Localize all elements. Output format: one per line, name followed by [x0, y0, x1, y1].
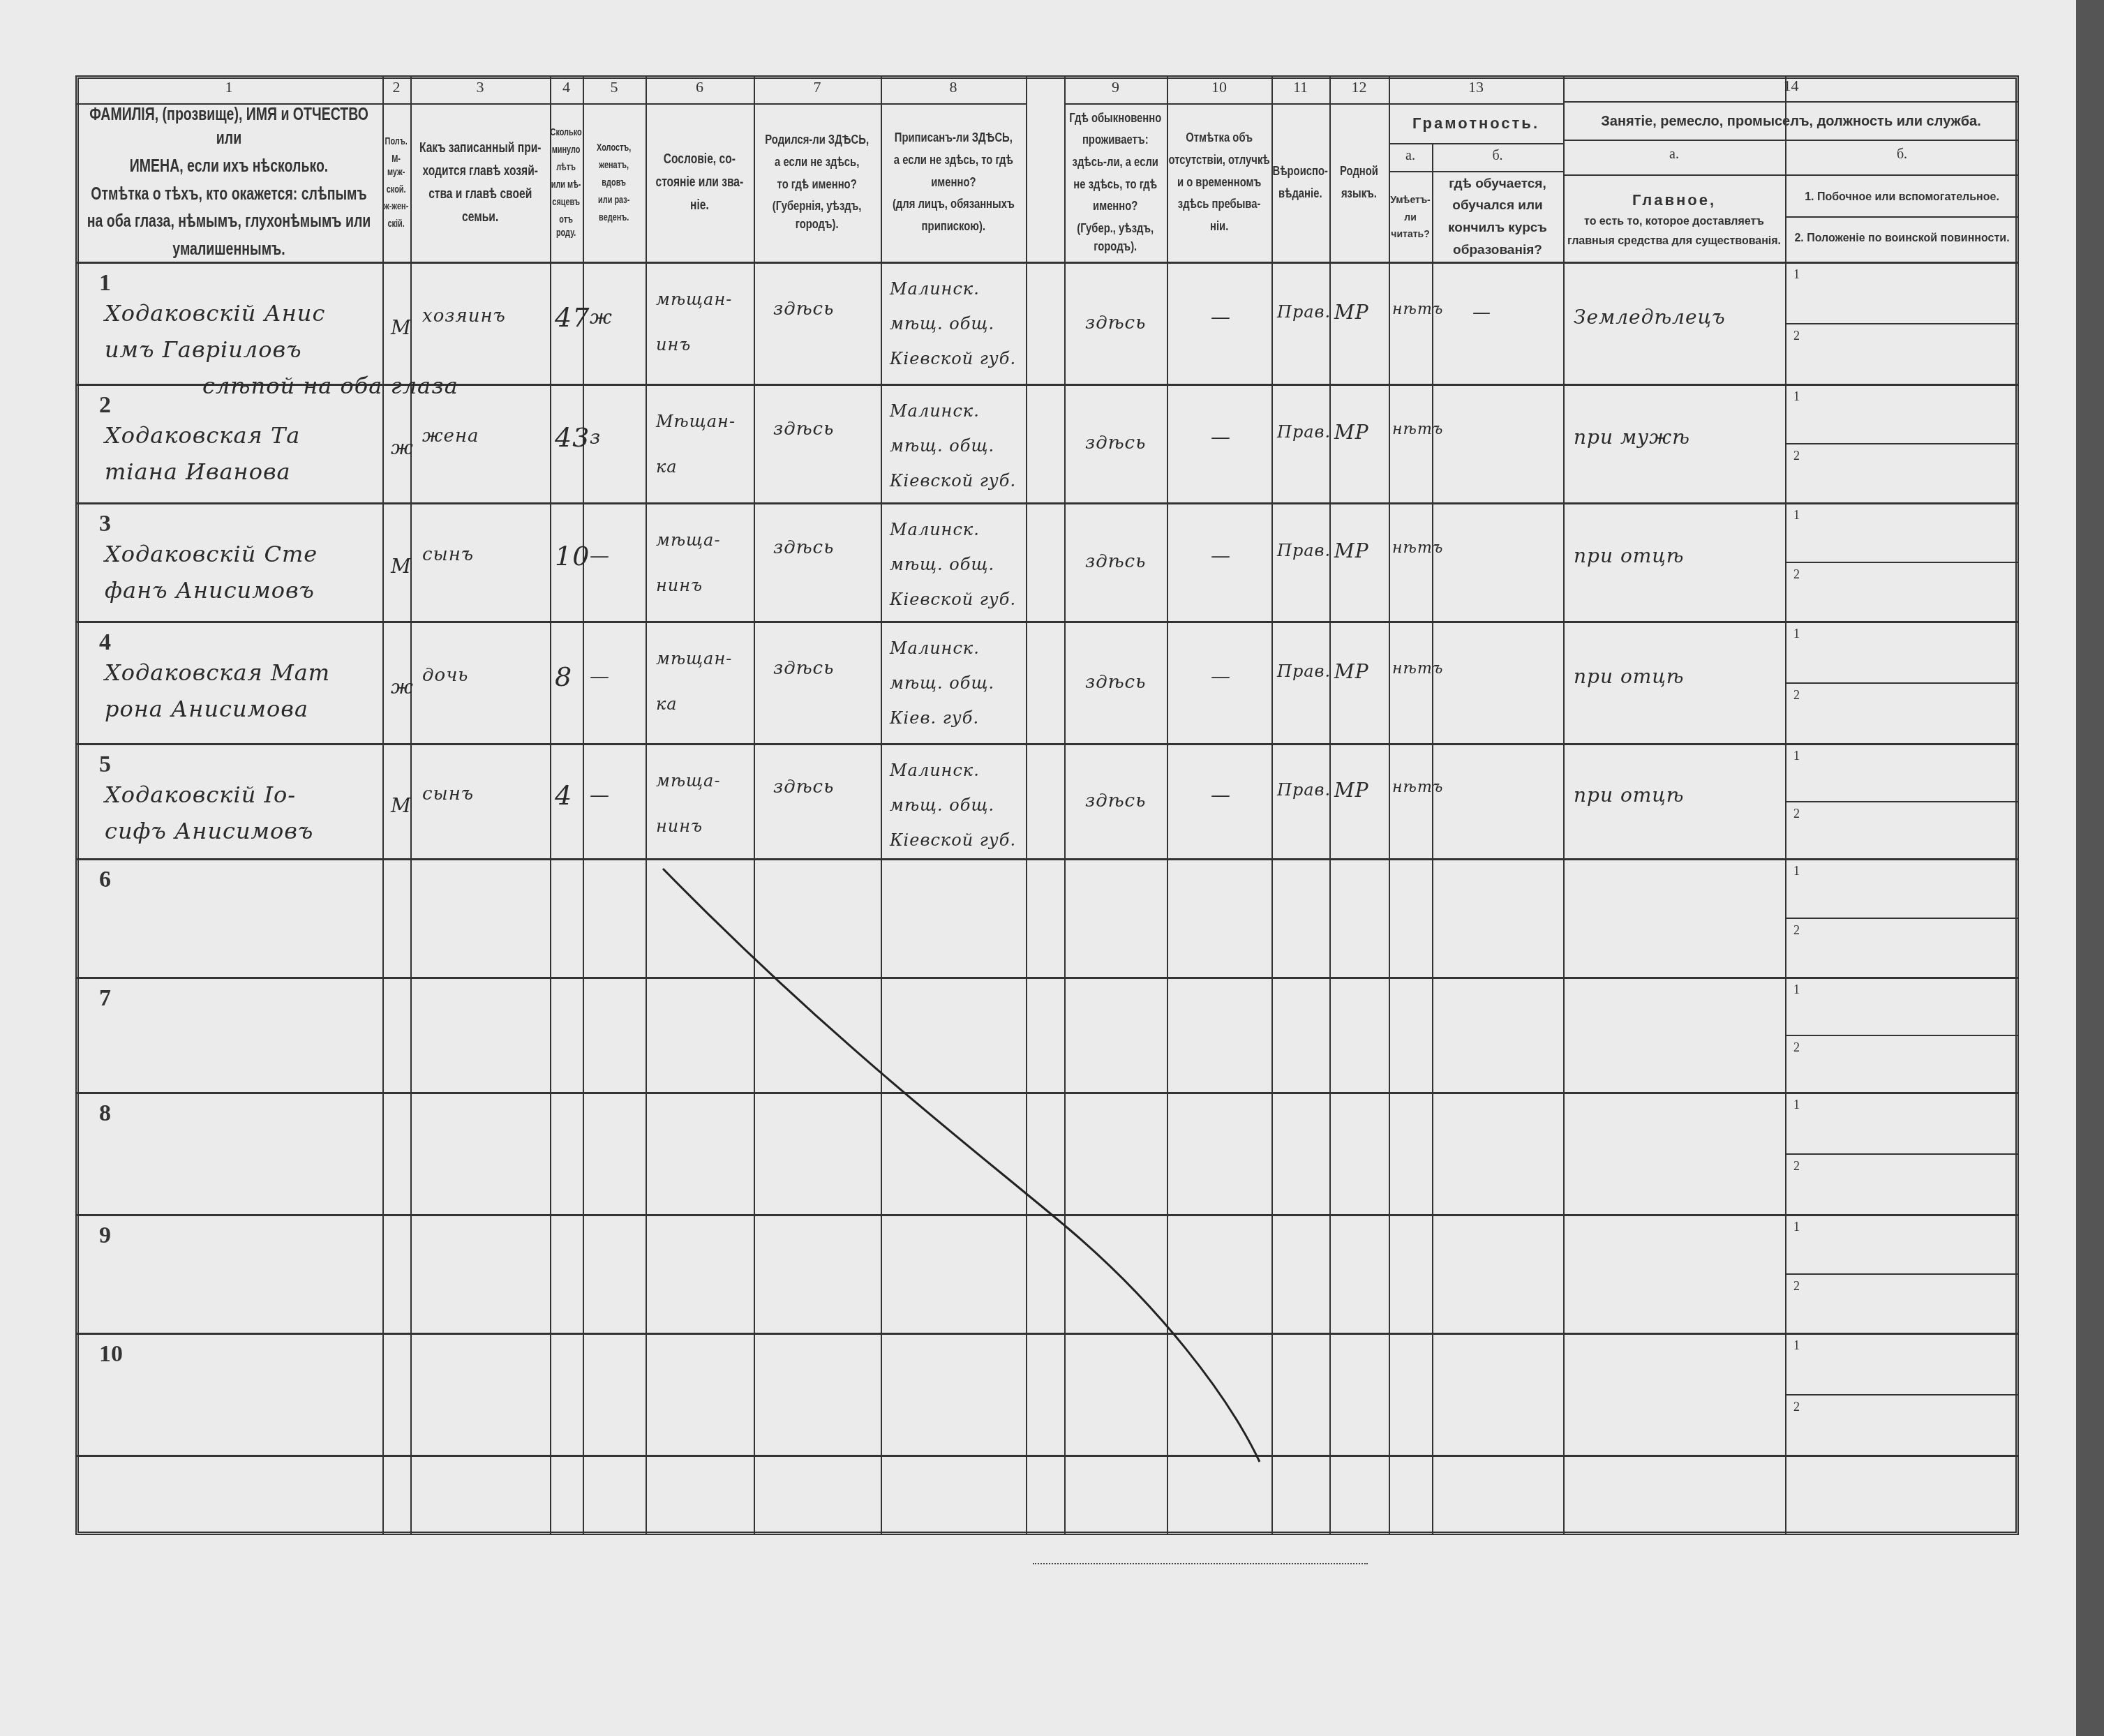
header-line: отсутствіи, отлучкѣ	[1168, 151, 1269, 170]
row-number: 1	[99, 270, 111, 297]
age-value: 10	[555, 541, 590, 571]
column-number: 8	[881, 78, 1026, 103]
header-line: Главное,	[1632, 190, 1716, 211]
header-line: Отмѣтка о тѣхъ, кто окажется: слѣпымъ	[91, 183, 366, 207]
header-line: скій.	[388, 217, 405, 230]
column-divider	[382, 75, 384, 1535]
row-number: 6	[99, 867, 111, 893]
literacy-sub_a-label: а.	[1389, 148, 1432, 164]
relation-value: сынъ	[422, 544, 474, 565]
subrow-divider	[1785, 682, 2019, 684]
native-language-value: МР	[1334, 421, 1369, 444]
relation-value: сынъ	[422, 784, 474, 805]
row-divider	[75, 621, 1785, 623]
header-bottom	[75, 262, 2019, 264]
row-divider	[1785, 1333, 2019, 1335]
subrow-divider	[1785, 323, 2019, 324]
subrow-divider	[1785, 443, 2019, 444]
estate-value: мѣща-	[656, 530, 721, 550]
header-line: умалишеннымъ.	[172, 238, 285, 262]
header-line: именно?	[1093, 197, 1137, 216]
age-value: 4	[555, 780, 572, 811]
column-group-literacy: Грамотность.	[1389, 106, 1563, 141]
age-value: 8	[555, 661, 572, 692]
residence-value: здѣсь	[1085, 433, 1146, 454]
literacy-value: нѣтъ	[1392, 660, 1443, 678]
subrow-label: 2	[1793, 449, 1800, 463]
column-number: 12	[1329, 78, 1389, 103]
subrow-label: 2	[1793, 567, 1800, 582]
column-number: 7	[754, 78, 881, 103]
person-name: Ходаковская Та	[105, 422, 300, 449]
residence-value: здѣсь	[1085, 551, 1146, 572]
header-line: Вѣроиспо-	[1273, 163, 1329, 181]
estate-value: инъ	[656, 335, 691, 354]
header-line: или мѣ-	[551, 178, 581, 191]
header-line: ства и главѣ своей	[428, 185, 532, 204]
column-header-12: Роднойязыкъ.	[1329, 106, 1389, 259]
registration-value: мѣщ. общ.	[890, 673, 994, 693]
sex-value: ж	[391, 675, 414, 698]
person-name: рона Анисимова	[105, 696, 308, 722]
row-number: 5	[99, 751, 111, 778]
column-number: 2	[382, 78, 410, 103]
header-line: М-муж-	[384, 152, 410, 179]
column-number: 9	[1064, 78, 1167, 103]
header-line: здѣсь пребыва-	[1178, 195, 1261, 214]
row-divider	[1785, 1455, 2019, 1457]
column-header-7: Родился-ли ЗДѢСЬ,а если не здѣсь,то гдѣ …	[754, 106, 881, 259]
group-subheader-divider	[1563, 140, 2019, 141]
registration-value: Кіевской губ.	[890, 471, 1016, 491]
occupation-main-value: Земледѣлецъ	[1574, 306, 1726, 329]
row-number: 4	[99, 629, 111, 656]
absence-value: —	[1211, 544, 1231, 567]
sex-value: М	[391, 794, 412, 817]
column-number: 1	[75, 78, 382, 103]
age-value: 43	[555, 422, 590, 453]
subrow-label: 2	[1793, 329, 1800, 343]
absence-value: —	[1211, 426, 1231, 449]
group-subheader-divider	[1563, 174, 2019, 176]
estate-value: мѣщан-	[656, 649, 732, 668]
column-number: 13	[1389, 78, 1563, 103]
header-line: вдовъ	[602, 176, 627, 189]
subrow-divider	[1785, 562, 2019, 563]
group-subheader-divider	[1389, 143, 1563, 144]
absence-value: —	[1211, 665, 1231, 688]
occupation-main-value: при мужѣ	[1574, 426, 1690, 449]
occupation-side-header: 1. Побочное или вспомогательное.	[1785, 178, 2019, 216]
person-name: слѣпой на оба глаза	[202, 373, 458, 399]
row-divider	[75, 1214, 1785, 1216]
row-divider	[1785, 1092, 2019, 1094]
header-line: стояніе или зва-	[656, 173, 744, 192]
row-divider	[75, 502, 1785, 504]
religion-value: Прав.	[1277, 422, 1331, 442]
marital-status-value: ж	[590, 306, 613, 329]
column-header-1: ФАМИЛІЯ, (прозвище), ИМЯ и ОТЧЕСТВО илиИ…	[75, 106, 382, 259]
row-number: 7	[99, 985, 111, 1012]
marital-status-value: —	[590, 665, 610, 688]
registration-value: мѣщ. общ.	[890, 795, 994, 815]
occupation-sub_b-label: б.	[1785, 147, 2019, 163]
header-line: припискою).	[921, 218, 985, 236]
relation-value: хозяинъ	[422, 306, 506, 327]
subrow-label: 2	[1793, 1040, 1800, 1055]
header-line: обучался или	[1452, 197, 1542, 215]
header-line: именно?	[931, 174, 976, 192]
census-table	[75, 75, 2019, 1535]
header-line: ФАМИЛІЯ, (прозвище), ИМЯ и ОТЧЕСТВО или	[77, 103, 382, 151]
header-line: (Губернія, уѣздъ, городъ).	[755, 197, 880, 233]
column-divider	[1271, 75, 1273, 1535]
subrow-label: 2	[1793, 807, 1800, 821]
column-divider	[583, 75, 584, 1535]
birthplace-value: здѣсь	[773, 419, 834, 440]
absence-value: —	[1211, 306, 1231, 329]
subrow-label: 1	[1793, 982, 1800, 997]
person-name: Ходаковскій Іо-	[105, 781, 296, 808]
header-line: 2. Положеніе по воинской повинности.	[1794, 231, 2009, 246]
subrow-label: 2	[1793, 1279, 1800, 1294]
header-line: кончилъ курсъ	[1448, 219, 1547, 237]
sex-value: М	[391, 316, 412, 339]
registration-value: Малинск.	[890, 520, 980, 539]
native-language-value: МР	[1334, 301, 1369, 324]
registration-value: Кіев. губ.	[890, 708, 979, 728]
occupation-main-value: при отцѣ	[1574, 544, 1685, 567]
header-line: языкъ.	[1341, 185, 1377, 203]
row-divider	[75, 1333, 1785, 1335]
header-line: то гдѣ именно?	[777, 176, 857, 194]
absence-value: —	[1211, 784, 1231, 807]
row-number: 8	[99, 1100, 111, 1127]
header-line: ли	[1404, 211, 1417, 224]
literacy-sub_b-header: гдѣ обучается,обучался иликончилъ курсъо…	[1432, 174, 1563, 260]
birthplace-value: здѣсь	[773, 299, 834, 320]
column-number: 4	[550, 78, 583, 103]
group-subheader-divider	[1389, 171, 1563, 172]
column-divider	[1563, 75, 1565, 1535]
row-divider	[75, 977, 1785, 979]
header-line: Приписанъ-ли ЗДѢСЬ,	[894, 129, 1012, 147]
relation-value: дочь	[422, 665, 468, 686]
header-line: семьи.	[462, 208, 498, 227]
subrow-divider	[1785, 801, 2019, 802]
header-line: Гдѣ обыкновенно	[1069, 110, 1161, 128]
row-divider	[1785, 502, 2019, 504]
registration-value: Малинск.	[890, 279, 980, 299]
column-divider	[1785, 75, 1786, 1535]
estate-value: мѣща-	[656, 771, 721, 791]
header-line: здѣсь-ли, а если	[1073, 154, 1158, 172]
subrow-divider	[1785, 918, 2019, 919]
literacy-value: нѣтъ	[1392, 421, 1443, 438]
header-line: Какъ записанный при-	[419, 139, 542, 158]
person-name: имъ Гавріиловъ	[105, 336, 301, 363]
column-header-8: Приписанъ-ли ЗДѢСЬ,а если не здѣсь, то г…	[881, 106, 1026, 259]
relation-value: жена	[422, 426, 479, 447]
person-name: сифъ Анисимовъ	[105, 818, 313, 844]
column-number: 6	[646, 78, 754, 103]
header-line: главныя средства для существованія.	[1567, 234, 1781, 249]
subrow-label: 2	[1793, 1400, 1800, 1414]
literacy-value: нѣтъ	[1392, 301, 1443, 318]
column-group-occupation: Занятіе, ремесло, промыселъ, должность и…	[1563, 105, 2019, 138]
religion-value: Прав.	[1277, 541, 1331, 560]
header-line: на оба глаза, нѣмымъ, глухонѣмымъ или	[87, 210, 371, 234]
person-name: фанъ Анисимовъ	[105, 577, 315, 604]
literacy-value: нѣтъ	[1392, 779, 1443, 796]
registration-value: мѣщ. общ.	[890, 436, 994, 456]
religion-value: Прав.	[1277, 302, 1331, 322]
column-divider	[646, 75, 647, 1535]
subrow-label: 1	[1793, 389, 1800, 404]
subrow-divider	[1785, 1153, 2019, 1155]
birthplace-value: здѣсь	[773, 537, 834, 558]
marital-status-value: з	[590, 426, 601, 449]
literacy-value: нѣтъ	[1392, 539, 1443, 557]
column-divider	[1389, 75, 1390, 1535]
marital-status-value: —	[590, 544, 610, 567]
scan-edge	[2076, 0, 2104, 1736]
header-line: не здѣсь, то гдѣ	[1074, 176, 1158, 194]
header-line: вѣданіе.	[1278, 185, 1322, 203]
column-header-2: Полъ.М-муж-ской.ж-жен-скій.	[382, 106, 410, 259]
header-line: сяцевъ	[553, 195, 581, 209]
header-line: Холостъ,	[597, 141, 631, 154]
row-divider	[75, 1455, 1785, 1457]
header-line: веденъ.	[599, 211, 629, 224]
column-number-divider	[1064, 103, 1563, 105]
estate-value: ка	[656, 694, 678, 714]
column-divider	[1167, 75, 1168, 1535]
registration-value: мѣщ. общ.	[890, 314, 994, 334]
header-line: Сословіе, со-	[664, 150, 736, 169]
row-number: 2	[99, 392, 111, 419]
header-line: или раз-	[598, 193, 629, 207]
estate-value: мѣщан-	[656, 290, 732, 309]
header-line: Родился-ли ЗДѢСЬ,	[766, 131, 870, 149]
estate-value: Мѣщан-	[656, 412, 736, 431]
header-line: Родной	[1340, 163, 1378, 181]
header-line: образованія?	[1453, 241, 1542, 260]
signature-line	[1033, 1563, 1368, 1564]
person-name: тіана Иванова	[105, 458, 291, 485]
registration-value: Малинск.	[890, 761, 980, 780]
row-divider	[75, 858, 1785, 860]
military-status-header: 2. Положеніе по воинской повинности.	[1785, 218, 2019, 260]
estate-value: нинъ	[656, 816, 703, 836]
person-name: Ходаковскій Сте	[105, 541, 318, 567]
subrow-label: 2	[1793, 1159, 1800, 1174]
column-number: 10	[1167, 78, 1271, 103]
column-header-5: Холостъ,женатъ,вдовъили раз-веденъ.	[583, 106, 646, 259]
subrow-divider	[1785, 1273, 2019, 1275]
header-line: и о временномъ	[1177, 174, 1261, 192]
registration-value: мѣщ. общ.	[890, 555, 994, 574]
row-divider	[1785, 384, 2019, 386]
subrow-label: 1	[1793, 864, 1800, 878]
column-divider	[1329, 75, 1331, 1535]
column-divider	[1026, 75, 1027, 1535]
row-divider	[75, 743, 1785, 745]
literacy-sub_a-header: Умѣетъ-личитать?	[1389, 174, 1432, 260]
row-divider	[1785, 621, 2019, 623]
subrow-label: 1	[1793, 1338, 1800, 1353]
education-value: —	[1472, 302, 1491, 323]
person-name: Ходаковскій Анис	[105, 300, 325, 327]
row-number: 9	[99, 1222, 111, 1249]
header-line: Отмѣтка объ	[1186, 129, 1253, 147]
column-header-6: Сословіе, со-стояніе или зва-ніе.	[646, 106, 754, 259]
header-line: то есть то, которое доставляетъ	[1584, 214, 1764, 230]
person-name: Ходаковская Мат	[105, 659, 330, 686]
subrow-divider	[1785, 1035, 2019, 1036]
row-divider	[1785, 977, 2019, 979]
residence-value: здѣсь	[1085, 672, 1146, 693]
religion-value: Прав.	[1277, 780, 1331, 800]
literacy-sub_b-label: б.	[1432, 148, 1563, 164]
subrow-label: 1	[1793, 1220, 1800, 1234]
column-header-11: Вѣроиспо-вѣданіе.	[1271, 106, 1329, 259]
column-divider	[754, 75, 755, 1535]
header-line: ніи.	[1210, 218, 1228, 236]
subrow-label: 1	[1793, 749, 1800, 763]
occupation-main-header: Главное,то есть то, которое доставляетъг…	[1563, 178, 1785, 260]
registration-value: Малинск.	[890, 401, 980, 421]
sex-value: ж	[391, 436, 414, 459]
header-line: Умѣетъ-	[1390, 193, 1431, 207]
registration-value: Малинск.	[890, 638, 980, 658]
header-line: лѣтъ	[557, 160, 576, 174]
occupation-sub_a-label: а.	[1563, 147, 1785, 163]
subrow-label: 2	[1793, 688, 1800, 703]
header-line: гдѣ обучается,	[1449, 175, 1546, 193]
subrow-label: 1	[1793, 1098, 1800, 1112]
header-line: минуло	[552, 143, 581, 156]
marital-status-value: —	[590, 784, 610, 807]
age-value: 47	[555, 302, 590, 333]
header-line: (Губер., уѣздъ, городъ).	[1066, 220, 1166, 255]
native-language-value: МР	[1334, 660, 1369, 683]
header-line: а если не здѣсь, то гдѣ	[893, 151, 1013, 170]
estate-value: ка	[656, 457, 678, 477]
birthplace-value: здѣсь	[773, 658, 834, 679]
header-line: Полъ.	[385, 135, 408, 148]
row-divider	[1785, 1214, 2019, 1216]
header-line: ж-жен-	[384, 200, 408, 213]
header-line: 1. Побочное или вспомогательное.	[1805, 190, 1999, 205]
header-line: ніе.	[690, 196, 709, 215]
column-number: 3	[410, 78, 550, 103]
sex-value: М	[391, 555, 412, 578]
subrow-label: 1	[1793, 508, 1800, 523]
column-divider	[550, 75, 551, 1535]
registration-value: Кіевской губ.	[890, 349, 1016, 368]
header-line: а если не здѣсь,	[775, 154, 859, 172]
column-header-3: Какъ записанный при-ходится главѣ хозяй-…	[410, 106, 550, 259]
row-divider	[1785, 858, 2019, 860]
residence-value: здѣсь	[1085, 313, 1146, 334]
column-number: 14	[1563, 77, 2019, 102]
row-number: 3	[99, 511, 111, 537]
column-header-4: Сколькоминулолѣтъили мѣ-сяцевъотъ роду.	[550, 106, 583, 259]
header-line: отъ роду.	[551, 213, 582, 239]
residence-value: здѣсь	[1085, 791, 1146, 811]
column-divider	[1064, 75, 1066, 1535]
header-line: проживаетъ:	[1082, 131, 1149, 149]
row-divider	[75, 1092, 1785, 1094]
subrow-divider	[1785, 1394, 2019, 1395]
column-header-9: Гдѣ обыкновеннопроживаетъ:здѣсь-ли, а ес…	[1064, 106, 1167, 259]
header-line: ходится главѣ хозяй-	[422, 162, 537, 181]
header-line: (для лицъ, обязанныхъ	[893, 195, 1015, 214]
header-line: Сколько	[551, 126, 582, 139]
religion-value: Прав.	[1277, 661, 1331, 681]
column-header-10: Отмѣтка объотсутствіи, отлучкѣи о времен…	[1167, 106, 1271, 259]
column-number: 5	[583, 78, 646, 103]
row-number: 10	[99, 1341, 123, 1368]
occupation-main-value: при отцѣ	[1574, 665, 1685, 688]
subrow-label: 1	[1793, 267, 1800, 282]
subrow-label: 1	[1793, 627, 1800, 641]
estate-value: нинъ	[656, 576, 703, 595]
registration-value: Кіевской губ.	[890, 830, 1016, 850]
occupation-main-value: при отцѣ	[1574, 784, 1685, 807]
header-line: ИМЕНА, если ихъ нѣсколько.	[130, 155, 328, 179]
header-line: читать?	[1391, 227, 1429, 241]
birthplace-value: здѣсь	[773, 777, 834, 798]
column-divider	[881, 75, 882, 1535]
row-divider	[1785, 743, 2019, 745]
column-number: 11	[1271, 78, 1329, 103]
column-divider	[1432, 143, 1433, 1535]
header-line: ской.	[387, 183, 406, 196]
native-language-value: МР	[1334, 539, 1369, 562]
header-line: женатъ,	[599, 158, 629, 172]
native-language-value: МР	[1334, 779, 1369, 802]
subrow-label: 2	[1793, 923, 1800, 938]
registration-value: Кіевской губ.	[890, 590, 1016, 609]
